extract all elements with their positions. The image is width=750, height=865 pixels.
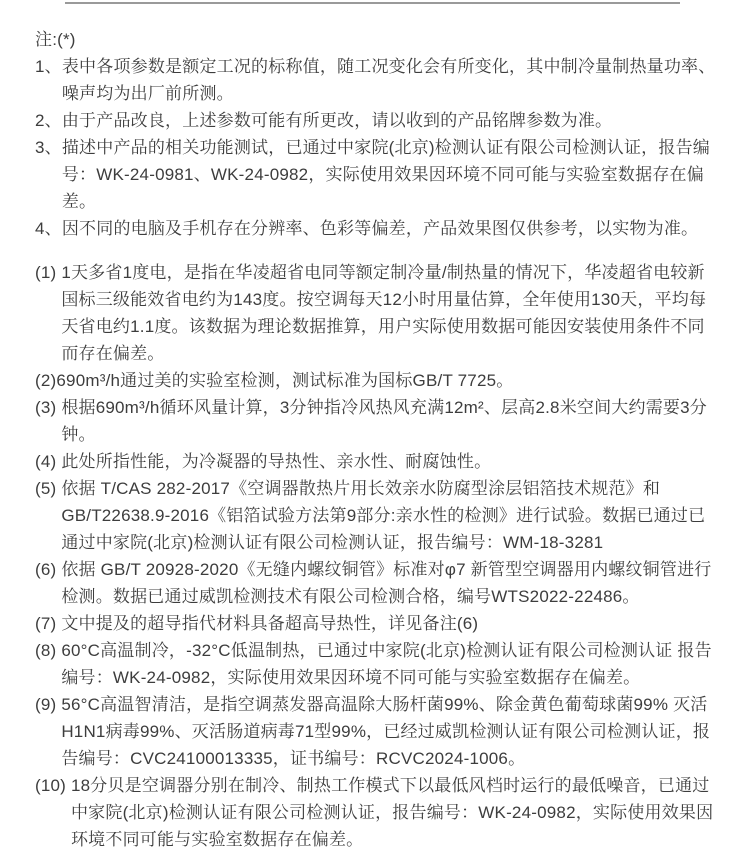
footnote-item-5: (5) 依据 T/CAS 282-2017《空调器散热片用长效亲水防腐型涂层铝箔… xyxy=(35,475,720,556)
footnote-item-2: (2) 690m³/h通过美的实验室检测，测试标准为国标GB/T 7725。 xyxy=(35,367,720,394)
top-divider xyxy=(65,2,680,4)
note-item-2: 2、 由于产品改良，上述参数可能有所更改，请以收到的产品铭牌参数为准。 xyxy=(35,107,720,134)
footnote-text: 依据 GB/T 20928-2020《无缝内螺纹铜管》标准对φ7 新管型空调器用… xyxy=(61,556,720,610)
note-marker: 2、 xyxy=(35,107,62,134)
note-marker: 3、 xyxy=(35,134,62,161)
footnote-item-9: (9) 56°C高温智清洁，是指空调蒸发器高温除大肠杆菌99%、除金黄色葡萄球菌… xyxy=(35,691,720,772)
footnote-text: 根据690m³/h循环风量计算，3分钟指冷风热风充满12m²、层高2.8米空间大… xyxy=(61,394,720,448)
footnote-item-1: (1) 1天多省1度电，是指在华凌超省电同等额定制冷量/制热量的情况下，华凌超省… xyxy=(35,259,720,367)
footnotes-list: (1) 1天多省1度电，是指在华凌超省电同等额定制冷量/制热量的情况下，华凌超省… xyxy=(35,259,720,853)
note-text: 表中各项参数是额定工况的标称值，随工况变化会有所变化，其中制冷量制热量功率、噪声… xyxy=(62,53,720,107)
footnote-item-8: (8) 60°C高温制冷，-32°C低温制热，已通过中家院(北京)检测认证有限公… xyxy=(35,637,720,691)
footnote-text: 18分贝是空调器分别在制冷、制热工作模式下以最低风档时运行的最低噪音，已通过中家… xyxy=(71,772,720,853)
general-notes-list: 1、 表中各项参数是额定工况的标称值，随工况变化会有所变化，其中制冷量制热量功率… xyxy=(35,53,720,242)
footnote-item-10: (10) 18分贝是空调器分别在制冷、制热工作模式下以最低风档时运行的最低噪音，… xyxy=(35,772,720,853)
footnote-marker: (3) xyxy=(35,394,61,421)
note-text: 由于产品改良，上述参数可能有所更改，请以收到的产品铭牌参数为准。 xyxy=(62,107,720,134)
note-text: 因不同的电脑及手机存在分辨率、色彩等偏差，产品效果图仅供参考，以实物为准。 xyxy=(62,215,720,242)
note-text: 描述中产品的相关功能测试，已通过中家院(北京)检测认证有限公司检测认证，报告编号… xyxy=(62,134,720,215)
notes-header: 注:(*) xyxy=(35,26,720,53)
footnote-item-6: (6) 依据 GB/T 20928-2020《无缝内螺纹铜管》标准对φ7 新管型… xyxy=(35,556,720,610)
footnote-marker: (6) xyxy=(35,556,61,583)
footnote-text: 60°C高温制冷，-32°C低温制热，已通过中家院(北京)检测认证有限公司检测认… xyxy=(61,637,720,691)
footnote-marker: (1) xyxy=(35,259,61,286)
footnote-marker: (9) xyxy=(35,691,61,718)
note-item-1: 1、 表中各项参数是额定工况的标称值，随工况变化会有所变化，其中制冷量制热量功率… xyxy=(35,53,720,107)
footnote-marker: (7) xyxy=(35,610,61,637)
footnote-text: 文中提及的超导指代材料具备超高导热性，详见备注(6) xyxy=(61,610,720,637)
note-marker: 1、 xyxy=(35,53,62,80)
note-item-3: 3、 描述中产品的相关功能测试，已通过中家院(北京)检测认证有限公司检测认证，报… xyxy=(35,134,720,215)
footnote-marker: (4) xyxy=(35,448,61,475)
footnote-item-7: (7) 文中提及的超导指代材料具备超高导热性，详见备注(6) xyxy=(35,610,720,637)
footnote-text: 依据 T/CAS 282-2017《空调器散热片用长效亲水防腐型涂层铝箔技术规范… xyxy=(61,475,720,556)
footnote-text: 56°C高温智清洁，是指空调蒸发器高温除大肠杆菌99%、除金黄色葡萄球菌99% … xyxy=(61,691,720,772)
footnote-marker: (2) xyxy=(35,367,56,394)
footnote-text: 此处所指性能，为冷凝器的导热性、亲水性、耐腐蚀性。 xyxy=(61,448,720,475)
footnote-marker: (10) xyxy=(35,772,71,799)
footnote-marker: (5) xyxy=(35,475,61,502)
footnote-text: 1天多省1度电，是指在华凌超省电同等额定制冷量/制热量的情况下，华凌超省电较新国… xyxy=(61,259,720,367)
footnote-item-4: (4) 此处所指性能，为冷凝器的导热性、亲水性、耐腐蚀性。 xyxy=(35,448,720,475)
footnote-item-3: (3) 根据690m³/h循环风量计算，3分钟指冷风热风充满12m²、层高2.8… xyxy=(35,394,720,448)
disclaimer-notes-section: 注:(*) 1、 表中各项参数是额定工况的标称值，随工况变化会有所变化，其中制冷… xyxy=(35,26,720,853)
footnote-marker: (8) xyxy=(35,637,61,664)
note-marker: 4、 xyxy=(35,215,62,242)
note-item-4: 4、 因不同的电脑及手机存在分辨率、色彩等偏差，产品效果图仅供参考，以实物为准。 xyxy=(35,215,720,242)
footnote-text: 690m³/h通过美的实验室检测，测试标准为国标GB/T 7725。 xyxy=(56,367,720,394)
